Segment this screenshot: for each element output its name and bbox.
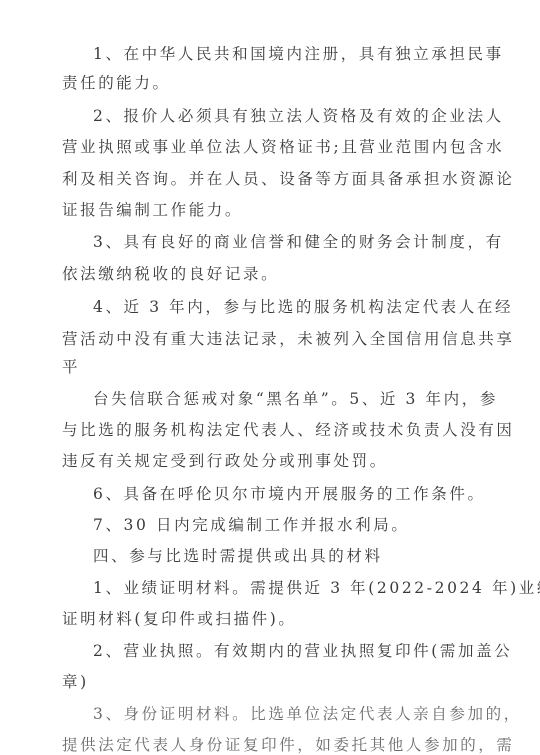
text-line: 4、近 3 年内，参与比选的服务机构法定代表人在经	[93, 297, 456, 317]
text-line: 1、业绩证明材料。需提供近 3 年(2022-2024 年)业绩	[93, 578, 456, 598]
text-line: 平	[62, 357, 456, 377]
text-line: 营活动中没有重大违法记录，未被列入全国信用信息共享	[62, 329, 456, 349]
text-line: 2、报价人必须具有独立法人资格及有效的企业法人	[93, 106, 456, 126]
text-line: 3、身份证明材料。比选单位法定代表人亲自参加的，	[93, 704, 456, 724]
text-line: 3、具有良好的商业信誉和健全的财务会计制度，有	[93, 232, 456, 252]
text-line: 6、具备在呼伦贝尔市境内开展服务的工作条件。	[93, 484, 456, 504]
text-line: 违反有关规定受到行政处分或刑事处罚。	[62, 451, 456, 471]
text-line: 7、30 日内完成编制工作并报水利局。	[93, 515, 456, 535]
text-line: 营业执照或事业单位法人资格证书;且营业范围内包含水	[62, 137, 456, 157]
text-line: 2、营业执照。有效期内的营业执照复印件(需加盖公	[93, 641, 456, 661]
text-line: 利及相关咨询。并在人员、设备等方面具备承担水资源论	[62, 169, 456, 189]
section-heading: 四、参与比选时需提供或出具的材料	[93, 546, 456, 566]
text-line: 提供法定代表人身份证复印件，如委托其他人参加的，需	[62, 735, 456, 755]
text-line: 章)	[62, 672, 456, 692]
text-line: 台失信联合惩戒对象“黑名单”。5、近 3 年内，参	[93, 389, 456, 409]
text-line: 与比选的服务机构法定代表人、经济或技术负责人没有因	[62, 420, 456, 440]
document-page: 1、在中华人民共和国境内注册，具有独立承担民事 责任的能力。 2、报价人必须具有…	[0, 0, 540, 755]
text-line: 证明材料(复印件或扫描件)。	[62, 609, 456, 629]
text-line: 1、在中华人民共和国境内注册，具有独立承担民事	[93, 44, 456, 64]
text-line: 责任的能力。	[62, 73, 456, 93]
text-line: 依法缴纳税收的良好记录。	[62, 264, 456, 284]
text-line: 证报告编制工作能力。	[62, 200, 456, 220]
